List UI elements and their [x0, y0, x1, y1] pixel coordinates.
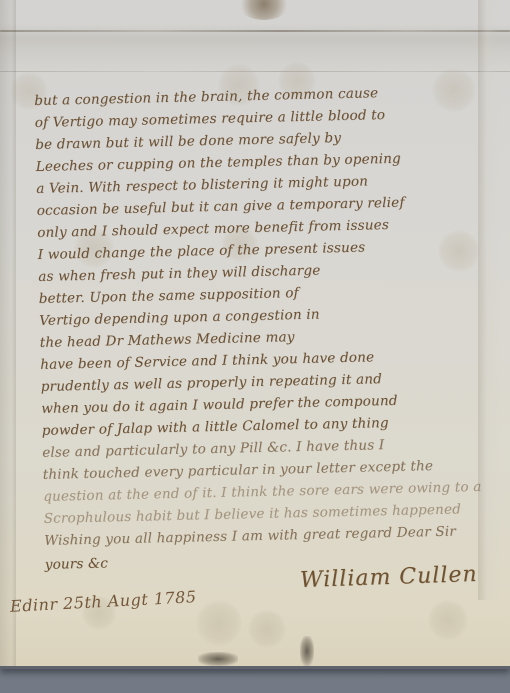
burn-mark — [300, 636, 314, 666]
letter-body: but a congestion in the brain, the commo… — [34, 80, 501, 576]
burn-mark — [198, 652, 238, 666]
paper-stain — [196, 600, 242, 646]
paper-stain — [428, 600, 468, 640]
fold-crease-line-upper — [0, 30, 510, 32]
signature-william-cullen: William Cullen — [300, 562, 478, 593]
ink-smudge-top — [238, 0, 290, 20]
paper-stain — [248, 610, 286, 648]
photo-backdrop: but a congestion in the brain, the commo… — [0, 0, 510, 693]
letter-sheet: but a congestion in the brain, the commo… — [0, 0, 510, 669]
